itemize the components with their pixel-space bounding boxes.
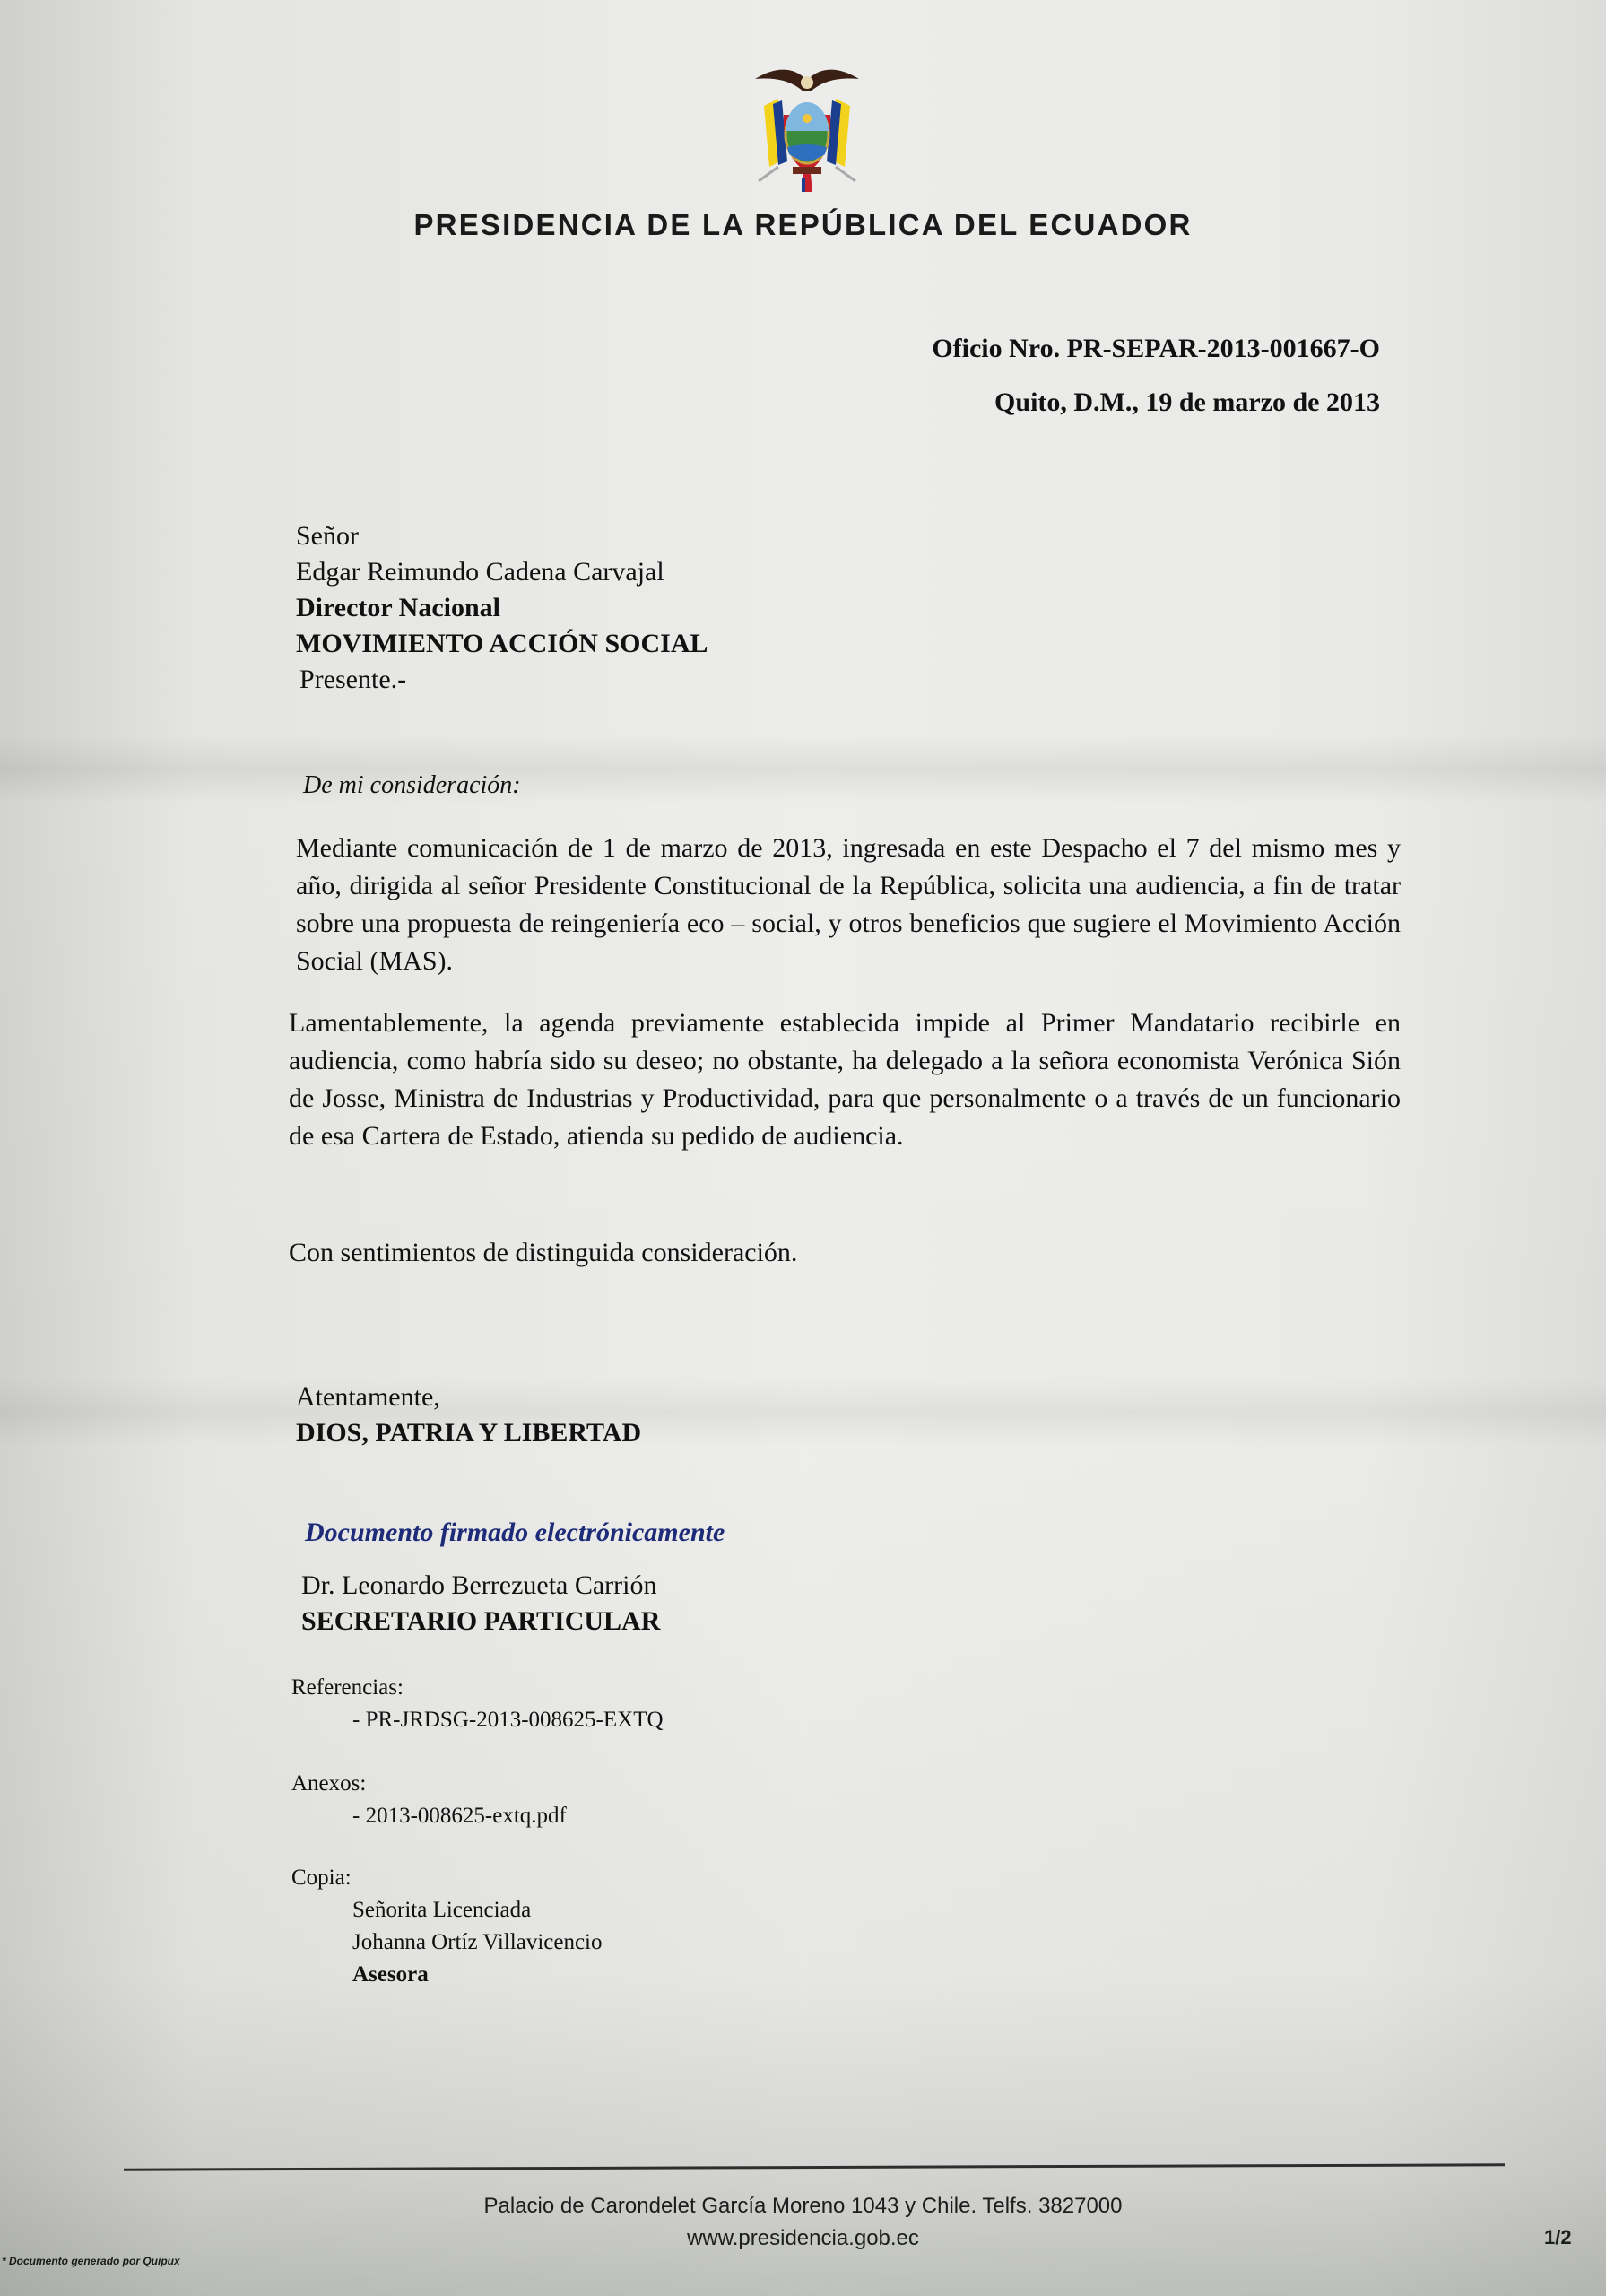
- recipient-name: Edgar Reimundo Cadena Carvajal: [296, 554, 708, 590]
- copy-label: Copia:: [291, 1862, 603, 1894]
- annexes-label: Anexos:: [291, 1768, 567, 1800]
- valediction: Atentamente,: [296, 1379, 641, 1415]
- signer-name: Dr. Leonardo Berrezueta Carrión: [301, 1568, 660, 1604]
- references-label: Referencias:: [291, 1672, 664, 1704]
- letter-page: PRESIDENCIA DE LA REPÚBLICA DEL ECUADOR …: [0, 0, 1606, 2296]
- body-paragraph: Lamentablemente, la agenda previamente e…: [289, 1004, 1401, 1155]
- ecuador-coat-of-arms-icon: [751, 61, 863, 196]
- institution-heading: PRESIDENCIA DE LA REPÚBLICA DEL ECUADOR: [0, 208, 1606, 242]
- page-number: 1/2: [1544, 2226, 1572, 2249]
- recipient-organization: MOVIMIENTO ACCIÓN SOCIAL: [296, 626, 708, 662]
- salutation: De mi consideración:: [303, 771, 521, 800]
- signer-title: SECRETARIO PARTICULAR: [301, 1604, 660, 1639]
- closing-block: Atentamente, DIOS, PATRIA Y LIBERTAD: [296, 1379, 641, 1451]
- recipient-block: Señor Edgar Reimundo Cadena Carvajal Dir…: [296, 518, 708, 698]
- references-section: Referencias: - PR-JRDSG-2013-008625-EXTQ: [291, 1672, 664, 1736]
- copy-role: Asesora: [291, 1959, 603, 1991]
- footer-address: Palacio de Carondelet García Moreno 1043…: [0, 2194, 1606, 2219]
- signer-block: Dr. Leonardo Berrezueta Carrión SECRETAR…: [301, 1568, 660, 1639]
- recipient-presente: Presente.-: [296, 662, 708, 698]
- generator-note: * Documento generado por Quipux: [2, 2255, 180, 2267]
- reference-block: Oficio Nro. PR-SEPAR-2013-001667-O Quito…: [932, 334, 1380, 418]
- body-paragraph: Mediante comunicación de 1 de marzo de 2…: [296, 830, 1401, 980]
- annex-item: - 2013-008625-extq.pdf: [291, 1800, 567, 1832]
- oficio-number: Oficio Nro. PR-SEPAR-2013-001667-O: [932, 334, 1380, 364]
- copy-section: Copia: Señorita Licenciada Johanna Ortíz…: [291, 1862, 603, 1991]
- body-paragraph: Con sentimientos de distinguida consider…: [289, 1234, 1393, 1272]
- recipient-title: Director Nacional: [296, 590, 708, 626]
- footer-website: www.presidencia.gob.ec: [0, 2226, 1606, 2251]
- esign-note: Documento firmado electrónicamente: [305, 1518, 725, 1548]
- motto: DIOS, PATRIA Y LIBERTAD: [296, 1415, 641, 1451]
- copy-line: Johanna Ortíz Villavicencio: [291, 1926, 603, 1959]
- place-date: Quito, D.M., 19 de marzo de 2013: [932, 387, 1380, 418]
- reference-item: - PR-JRDSG-2013-008625-EXTQ: [291, 1704, 664, 1736]
- recipient-honorific: Señor: [296, 518, 708, 554]
- footer-divider: [124, 2163, 1505, 2170]
- annexes-section: Anexos: - 2013-008625-extq.pdf: [291, 1768, 567, 1832]
- copy-line: Señorita Licenciada: [291, 1894, 603, 1926]
